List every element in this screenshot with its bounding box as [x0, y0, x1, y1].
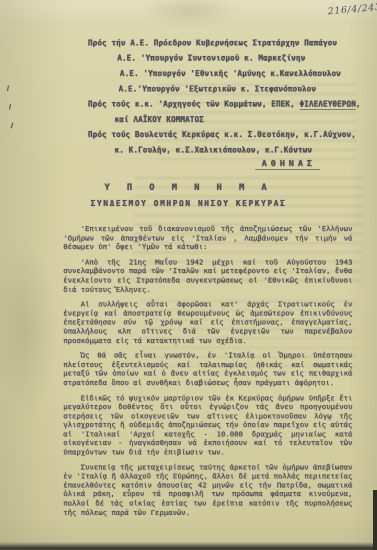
recipient-line-peoples-party: καί ΛΑΪΚΟΥ ΚΟΜΜΑΤΟΣ	[115, 115, 204, 124]
recipient-line-corfu-deputies-1: Πρός τούς Βουλευτάς Κερκύρας κ.κ. Σ.Θεοτ…	[88, 130, 356, 139]
liberal-party-underlined: ΦΙΛΕΛΕΥΘΕΡΩΝ	[299, 99, 355, 110]
recipient-line-minister-foreign-affairs: Α.Ε.'Υπουργόν 'Εξωτερικῶν κ. Στεφανόπουλ…	[119, 84, 316, 93]
margin-handwritten-tick	[7, 85, 10, 91]
city-label-athens: ΑΘΗΝΑΣ	[255, 158, 320, 170]
memo-subtitle: ΣΥΝΔΕΣΜΟΥ ΟΜΗΡΩΝ ΝΗΣΟΥ ΚΕΡΚΥΡΑΣ	[0, 198, 377, 207]
recipient-line-minister-defense: Α.Ε. 'Υπουργόν 'Εθνικῆς 'Αμύνης κ.Κανελλ…	[120, 69, 341, 78]
party-leaders-suffix: ,	[356, 99, 361, 108]
scanned-document-page: 216/4/243 Πρός τήν Α.Ε. Πρόεδρον Κυβερνή…	[0, 0, 377, 550]
recipient-line-corfu-deputies-2: κ. Κ.Γουλῆν, κ.Σ.Χαλικιόπουλον, κ.Γ.Κόντ…	[115, 145, 312, 154]
memo-paragraph: 'Επικειμένου τοῦ διακανονισμοῦ τῆς ἀποζη…	[63, 224, 352, 251]
memo-body: 'Επικειμένου τοῦ διακανονισμοῦ τῆς ἀποζη…	[63, 224, 352, 523]
scan-bottom-edge-shadow	[0, 542, 377, 550]
document-content: 216/4/243 Πρός τήν Α.Ε. Πρόεδρον Κυβερνή…	[0, 0, 377, 550]
margin-handwritten-tick	[9, 104, 12, 110]
recipient-line-minister-coordination: Α.Ε. 'Υπουργόν Συντονισμοῦ κ. Μαρκεζίνην	[117, 53, 305, 62]
memo-paragraph: 'Απὸ τῆς 21ης Μαΐου 1942 μέχρι καί τοῦ Α…	[63, 258, 352, 294]
scan-right-edge-shadow	[373, 490, 377, 550]
recipient-line-prime-minister: Πρός τήν Α.Ε. Πρόεδρον Κυβερνήσεως Στρατ…	[88, 38, 337, 47]
recipient-line-party-leaders: Πρός τούς κ.κ. 'Αρχηγούς τῶν Κομμάτων, Ε…	[88, 99, 361, 108]
memo-paragraph: Συνεπείᾳ τῆς μεταχειρίσεως ταύτης ἀρκετο…	[63, 463, 352, 517]
margin-handwritten-tick	[11, 122, 14, 128]
memo-paragraph: Εἰδικῶς τό ψυχικόν μαρτύριον τῶν ἐκ Κερκ…	[63, 393, 352, 456]
memo-title: Υ Π Ο Μ Ν Η Μ Α	[0, 183, 377, 193]
party-leaders-prefix: Πρός τούς κ.κ. 'Αρχηγούς τῶν Κομμάτων, Ε…	[88, 99, 300, 108]
handwritten-catalog-number: 216/4/243	[327, 2, 377, 17]
memo-paragraph: Αἱ συλλήψεις αὗται ἀφορῶσαι κατ' ἀρχάς Σ…	[63, 300, 352, 345]
memo-paragraph: Ὡς θά σᾶς εἶναι γνωστόν, ἐν 'Ιταλίᾳ οἱ Ὅ…	[63, 351, 352, 387]
